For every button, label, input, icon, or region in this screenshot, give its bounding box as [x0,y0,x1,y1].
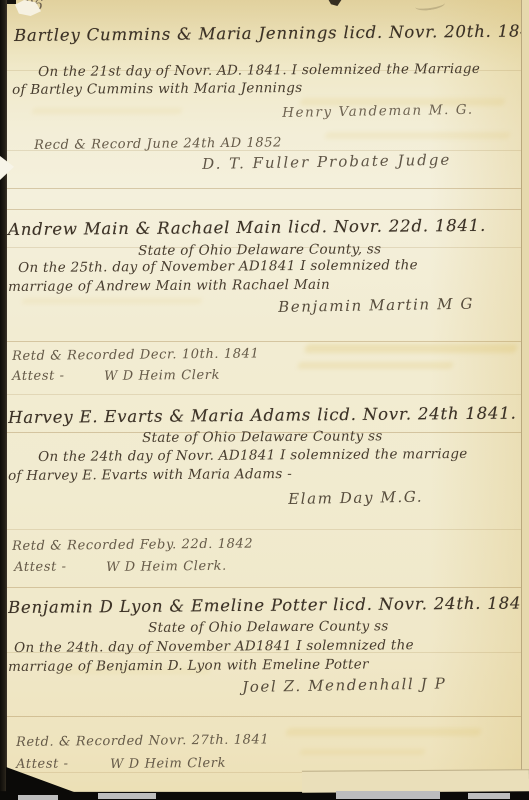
state-county-line: State of Ohio Delaware County ss [142,428,383,446]
ruled-line [7,209,521,210]
ink-bleed-through [299,749,425,755]
next-page-corner [302,769,529,793]
minister-signature: Benjamin Martin M G [278,295,474,316]
record-body-line: On the 24th day of Novr. AD1841 I solemn… [38,446,468,465]
ruled-line [7,188,521,189]
minister-signature: Henry Vandeman M. G. [282,102,474,121]
ink-bleed-through [297,362,453,369]
clerk-signature: W D Heim Clerk [104,368,220,384]
return-note: Retd & Recorded Feby. 22d. 1842 [12,536,253,554]
dark-corner-top-left [7,0,16,4]
minister-signature: Elam Day M.G. [288,488,423,508]
record-body-line: On the 25th. day of November AD1841 I so… [18,257,418,276]
attest-label: Attest - [12,368,65,384]
scanner-bed-patch [336,791,440,799]
next-page-edge [521,0,529,793]
ruled-line [7,341,521,342]
record-body-line: marriage of Andrew Main with Rachael Mai… [8,277,330,295]
record-body-line: of Bartley Cummins with Maria Jennings [12,80,302,98]
ink-bleed-through [31,108,182,114]
return-note: Retd. & Recorded Novr. 27th. 1841 [16,732,269,750]
binding-edge [0,0,7,800]
record-body-line: On the 21st day of Novr. AD. 1841. I sol… [38,61,480,80]
state-county-line: State of Ohio Delaware County, ss [138,241,381,259]
attest-label: Attest - [16,756,69,772]
return-note: Retd & Recorded Decr. 10th. 1841 [12,346,259,364]
ruled-line [7,587,521,588]
ruled-line [7,394,521,395]
return-note: Recd & Record June 24th AD 1852 [34,135,282,153]
state-county-line: State of Ohio Delaware County ss [148,618,389,636]
ink-bleed-through [304,344,518,353]
justice-signature: Joel Z. Mendenhall J P [242,674,447,696]
scanner-bed-patch [18,795,58,800]
ink-bleed-through [21,298,202,304]
ink-bleed-through [285,728,482,736]
clerk-signature: W D Heim Clerk [110,756,226,772]
scanner-bed-patch [98,793,156,799]
ink-bleed-through [324,132,510,139]
ruled-line [7,716,521,717]
ruled-line [7,529,521,530]
scanner-bed-patch [468,793,510,799]
record-body-line: On the 24th. day of November AD1841 I so… [14,637,414,656]
record-body-line: of Harvey E. Evarts with Maria Adams - [8,466,292,484]
marriage-record-ledger-page: 86 Bartley Cummins & Maria Jennings licd… [0,0,529,800]
record-body-line: marriage of Benjamin D. Lyon with Emelin… [8,656,369,675]
attest-label: Attest - [14,559,67,575]
clerk-signature: W D Heim Clerk. [106,559,227,575]
